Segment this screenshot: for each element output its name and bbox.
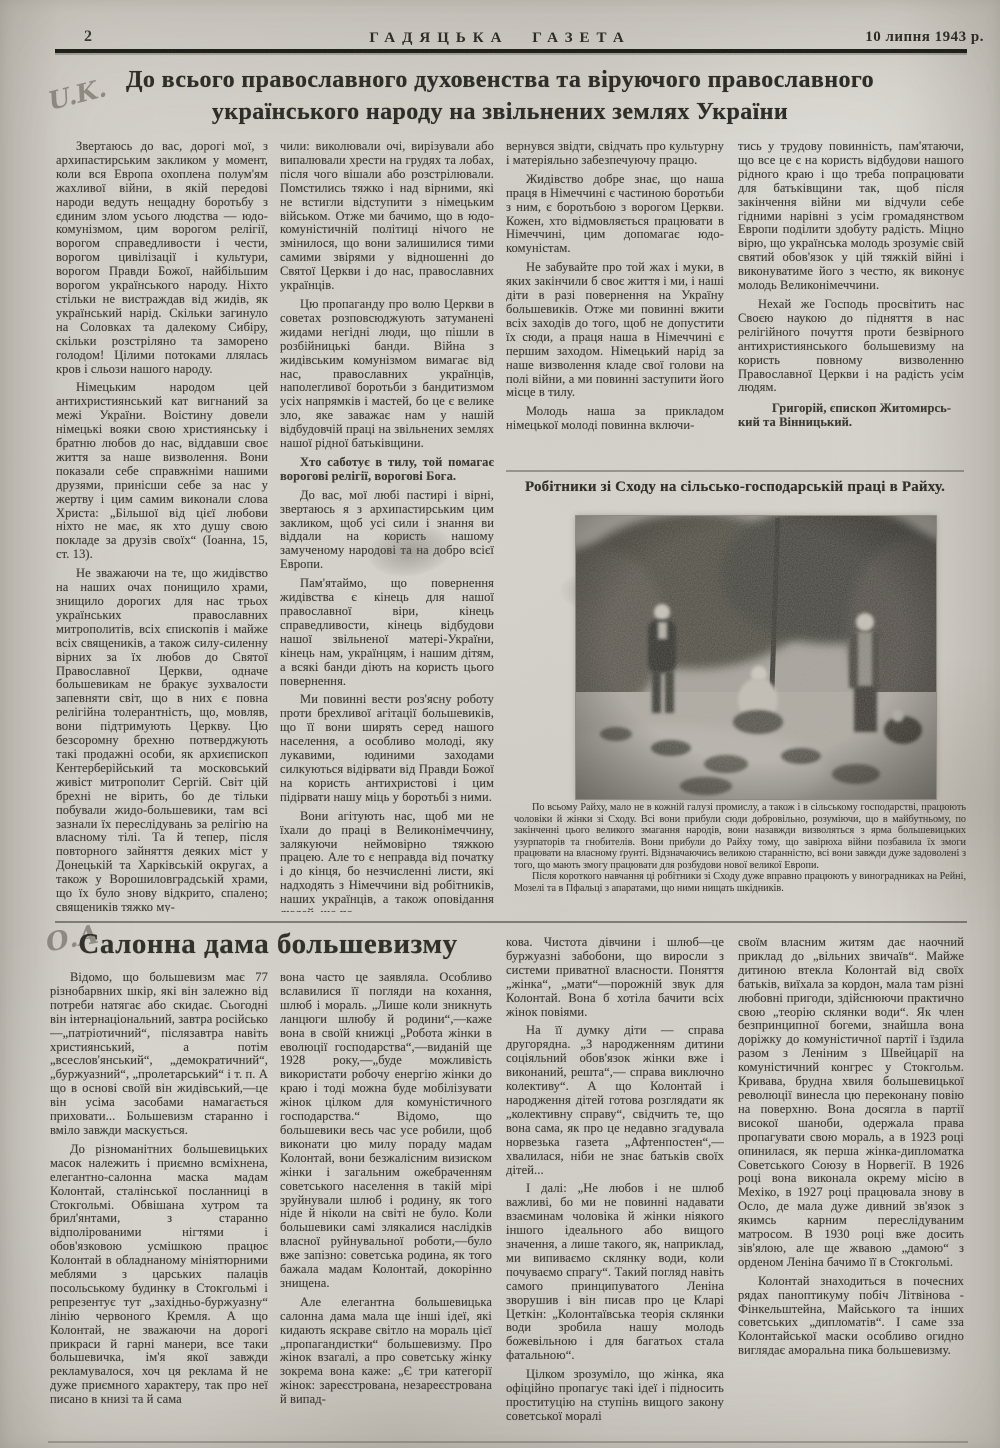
photo-caption: По всьому Райху, мало не в кожній галузі…	[514, 802, 966, 914]
field-workers-photo	[576, 516, 936, 799]
paragraph: Німецьким народом цей антихристиянський …	[56, 381, 268, 562]
paragraph: Відомо, що большевизм має 77 різнобарвни…	[50, 971, 268, 1138]
header-rule	[55, 49, 967, 53]
newspaper-page: 2 ГАДЯЦЬКА ГАЗЕТА 10 липня 1943 р. U.K. …	[0, 0, 1000, 1448]
article1-signature-line2: кий та Вінницький.	[738, 416, 964, 430]
field-workers-photo-art	[576, 516, 936, 799]
paragraph: вернувся звідти, свідчать про культурну …	[506, 140, 724, 168]
article1-column-1: Звертаюсь до вас, дорогі мої, з архипаст…	[56, 140, 268, 912]
paragraph: Звертаюсь до вас, дорогі мої, з архипаст…	[56, 140, 268, 376]
article1-headline-line1: До всього православного духовенства та в…	[40, 64, 960, 96]
bottom-edge-rule	[48, 1441, 968, 1443]
paragraph: До різноманітних большевицьких масок нал…	[50, 1143, 268, 1407]
article1-headline: До всього православного духовенства та в…	[40, 64, 960, 128]
paragraph: Але елегантна большевицька салонна дама …	[280, 1296, 492, 1407]
paragraph: тись у трудову повинність, пам'ятаючи, щ…	[738, 140, 964, 293]
mid-page-rule	[55, 921, 967, 923]
caption-paragraph: По всьому Райху, мало не в кожній галузі…	[514, 802, 966, 871]
article2-column-3: кова. Чистота дівчини і шлюб—це буржуазн…	[506, 936, 724, 1430]
paragraph: вона часто це заявляла. Особливо вславил…	[280, 971, 492, 1291]
paragraph: На її думку діти — справа другорядна. „З…	[506, 1024, 724, 1177]
paragraph: Нехай же Господь просвітить нас Своєю на…	[738, 298, 964, 395]
paragraph: Жидівство добре знає, що наша праця в Ні…	[506, 173, 724, 256]
paragraph: Колонтай знаходиться в почесних рядах па…	[738, 1275, 964, 1358]
article1-column-2: чили: виколювали очі, вирізували або вип…	[280, 140, 494, 912]
paragraph: Не забувайте про той жах і муки, в яких …	[506, 261, 724, 400]
article1-signature-line1: Григорій, єпископ Житомирсь-	[738, 402, 964, 416]
photo-section-title: Робітники зі Сходу на сільсько-господарс…	[506, 479, 964, 496]
article1-headline-line2: українського народу на звільнених землях…	[40, 96, 960, 128]
issue-date: 10 липня 1943 р.	[865, 29, 984, 46]
paragraph: Ми повинні вести роз'ясну роботу проти б…	[280, 693, 494, 804]
article2-headline: Салонна дама большевизму	[56, 928, 480, 961]
paragraph: своїм власним житям дає наочний приклад …	[738, 936, 964, 1270]
article2-column-1: Відомо, що большевизм має 77 різнобарвни…	[50, 971, 268, 1419]
masthead-title: ГАДЯЦЬКА ГАЗЕТА	[0, 30, 1000, 47]
paragraph: Цілком зрозуміло, що жінка, яка офіційно…	[506, 1368, 724, 1424]
paragraph: кова. Чистота дівчини і шлюб—це буржуазн…	[506, 936, 724, 1019]
article1-column-3: вернувся звідти, свідчать про культурну …	[506, 140, 724, 472]
paragraph: Пам'ятаймо, що повернення жидівства є кі…	[280, 577, 494, 688]
paragraph: Цю пропаганду про волю Церкви в советах …	[280, 298, 494, 451]
article2-column-2: вона часто це заявляла. Особливо вславил…	[280, 971, 492, 1431]
photo-section-divider	[506, 470, 964, 472]
caption-paragraph: Після короткого навчання ці робітники зі…	[514, 871, 966, 894]
paragraph: І далі: „Не любов і не шлюб важливі, бо …	[506, 1182, 724, 1363]
paragraph: Вони агітують нас, щоб ми не їхали до пр…	[280, 810, 494, 912]
paragraph: Молодь наша за прикладом німецької молод…	[506, 405, 724, 433]
paragraph: чили: виколювали очі, вирізували або вип…	[280, 140, 494, 293]
paragraph-emphasized: Хто саботує в тилу, той помагає ворогові…	[280, 456, 494, 484]
paragraph: Не зважаючи на те, що жидівство на наших…	[56, 567, 268, 912]
article1-column-4: тись у трудову повинність, пам'ятаючи, щ…	[738, 140, 964, 476]
article2-column-4: своїм власним житям дає наочний приклад …	[738, 936, 964, 1430]
